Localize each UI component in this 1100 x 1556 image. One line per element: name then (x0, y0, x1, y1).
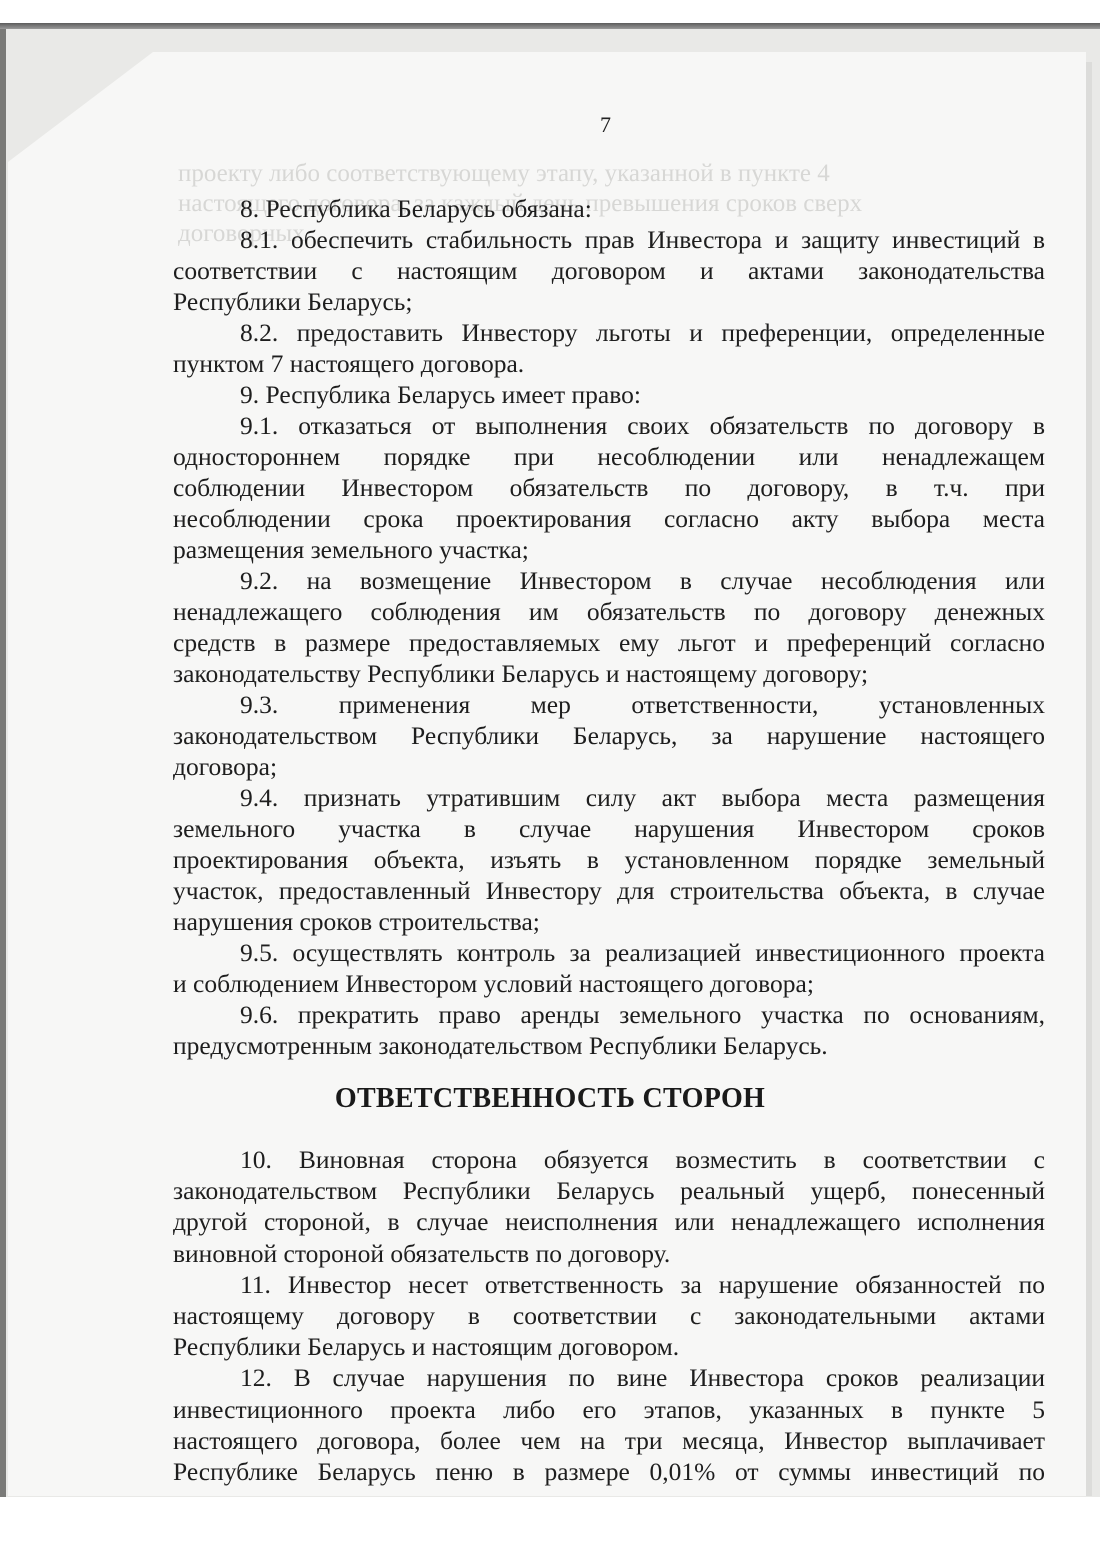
text-line: размещения земельного участка; (173, 535, 1045, 565)
text-line: законодательством Республики Беларусь, з… (173, 721, 1045, 751)
text-line: законодательству Республики Беларусь и н… (173, 659, 1045, 689)
text-line: виновной стороной обязательств по догово… (173, 1239, 1045, 1269)
text-line: 9. Республика Беларусь имеет право: (240, 380, 1045, 410)
text-line: 9.3. применения мер ответственности, уст… (240, 690, 1045, 720)
text-line: 8. Республика Беларусь обязана: (240, 194, 1045, 224)
text-line: настоящему договору в соответствии с зак… (173, 1301, 1045, 1331)
scanner-left-edge (0, 29, 6, 1497)
text-line: 9.6. прекратить право аренды земельного … (240, 1000, 1045, 1030)
text-line: одностороннем порядке при несоблюдении и… (173, 442, 1045, 472)
text-line: 9.5. осуществлять контроль за реализацие… (240, 938, 1045, 968)
text-line: несоблюдении срока проектирования соглас… (173, 504, 1045, 534)
text-line: 9.4. признать утратившим силу акт выбора… (240, 783, 1045, 813)
text-line: настоящего договора, более чем на три ме… (173, 1426, 1045, 1456)
scan-margin (0, 1497, 1100, 1556)
text-line: предусмотренным законодательством Респуб… (173, 1031, 1045, 1061)
text-line: ненадлежащего соблюдения им обязательств… (173, 597, 1045, 627)
page-number: 7 (600, 112, 611, 138)
text-line: соответствии с настоящим договором и акт… (173, 256, 1045, 286)
text-line: пунктом 7 настоящего договора. (173, 349, 1045, 379)
text-line: участок, предоставленный Инвестору для с… (173, 876, 1045, 906)
text-line: Республике Беларусь пеню в размере 0,01%… (173, 1457, 1045, 1487)
text-line: 10. Виновная сторона обязуется возместит… (240, 1145, 1045, 1175)
text-line: инвестиционного проекта либо его этапов,… (173, 1395, 1045, 1425)
text-line: и соблюдением Инвестором условий настоящ… (173, 969, 1045, 999)
text-line: проектирования объекта, изъять в установ… (173, 845, 1045, 875)
text-line: договора; (173, 752, 1045, 782)
text-line: другой стороной, в случае неисполнения и… (173, 1207, 1045, 1237)
section-heading: ОТВЕТСТВЕННОСТЬ СТОРОН (0, 1083, 1100, 1115)
text-line: средств в размере предоставляемых ему ль… (173, 628, 1045, 658)
text-line: 12. В случае нарушения по вине Инвестора… (240, 1363, 1045, 1393)
text-line: 11. Инвестор несет ответственность за на… (240, 1270, 1045, 1300)
text-line: Республики Беларусь; (173, 287, 1045, 317)
page-stack-edge (1086, 62, 1092, 1496)
text-line: земельного участка в случае нарушения Ин… (173, 814, 1045, 844)
text-line: 9.2. на возмещение Инвестором в случае н… (240, 566, 1045, 596)
text-line: законодательством Республики Беларусь ре… (173, 1176, 1045, 1206)
text-line: Республики Беларусь и настоящим договоро… (173, 1332, 1045, 1362)
text-line: 8.2. предоставить Инвестору льготы и пре… (240, 318, 1045, 348)
text-line: 8.1. обеспечить стабильность прав Инвест… (240, 225, 1045, 255)
text-line: нарушения сроков строительства; (173, 907, 1045, 937)
text-line: 9.1. отказаться от выполнения своих обяз… (240, 411, 1045, 441)
bleed-through-text: проекту либо соответствующему этапу, ука… (178, 160, 830, 188)
text-line: соблюдении Инвестором обязательств по до… (173, 473, 1045, 503)
